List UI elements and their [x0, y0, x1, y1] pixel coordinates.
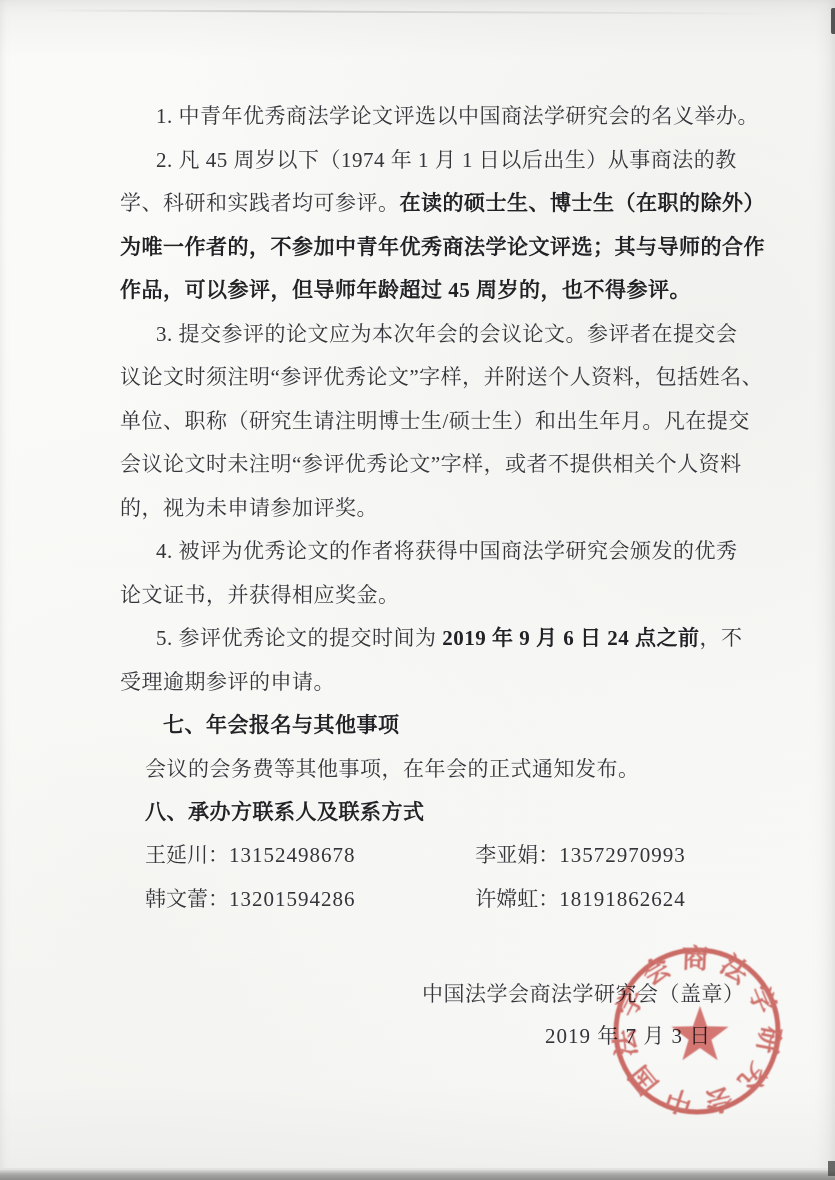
contact-phone: 18191862624	[559, 887, 686, 911]
text-segment: 学、科研和实践者均可参评。	[120, 191, 400, 215]
document-line: 单位、职称（研究生请注明博士生/硕士生）和出生年月。凡在提交	[120, 400, 795, 444]
contact-separator: ：	[538, 843, 559, 867]
contact-item: 王延川：13152498678	[145, 834, 470, 878]
scan-bottom-edge	[0, 1170, 835, 1180]
document-line: 3. 提交参评的论文应为本次年会的会议论文。参评者在提交会	[120, 313, 795, 357]
contact-item: 许嫦虹：18191862624	[475, 878, 686, 922]
text-segment: 的，视为未申请参加评奖。	[120, 496, 378, 520]
document-line: 会议论文时未注明“参评优秀论文”字样，或者不提供相关个人资料	[120, 443, 795, 487]
scan-edge-artifact	[828, 1161, 835, 1176]
contact-separator: ：	[208, 887, 229, 911]
contact-row: 王延川：13152498678 李亚娟：13572970993	[145, 834, 686, 878]
text-segment: 八、承办方联系人及联系方式	[145, 800, 425, 824]
scan-edge-artifact	[831, 8, 835, 34]
paper-crease	[38, 9, 800, 14]
scanned-page: 1. 中青年优秀商法学论文评选以中国商法学研究会的名义举办。2. 凡 45 周岁…	[0, 0, 835, 1180]
document-line: 的，视为未申请参加评奖。	[120, 487, 795, 531]
text-segment: 会议的会务费等其他事项，在年会的正式通知发布。	[145, 757, 640, 781]
text-segment: 2019 年 9 月 6 日 24 点之前	[442, 626, 699, 650]
contact-phone: 13201594286	[229, 887, 356, 911]
star-icon	[672, 1006, 729, 1060]
text-segment: ，不	[700, 626, 743, 650]
text-segment: 作品，可以参评，但导师年龄超过 45 周岁的，也不得参评。	[120, 278, 691, 302]
document-line: 2. 凡 45 周岁以下（1974 年 1 月 1 日以后出生）从事商法的教	[120, 139, 795, 183]
document-line: 作品，可以参评，但导师年龄超过 45 周岁的，也不得参评。	[120, 269, 795, 313]
text-segment: 受理逾期参评的申请。	[120, 670, 335, 694]
text-segment: 单位、职称（研究生请注明博士生/硕士生）和出生年月。凡在提交	[120, 409, 750, 433]
text-segment: 5. 参评优秀论文的提交时间为	[156, 626, 442, 650]
text-segment: 论文证书，并获得相应奖金。	[120, 583, 400, 607]
document-line: 会议的会务费等其他事项，在年会的正式通知发布。	[120, 748, 795, 792]
contact-row: 韩文蕾：13201594286 许嫦虹：18191862624	[145, 878, 686, 922]
text-segment: 议论文时须注明“参评优秀论文”字样，并附送个人资料，包括姓名、	[120, 365, 763, 389]
contact-separator: ：	[538, 887, 559, 911]
contact-name: 李亚娟	[475, 843, 538, 867]
text-segment: 七、年会报名与其他事项	[163, 713, 400, 737]
contacts-block: 王延川：13152498678 李亚娟：13572970993 韩文蕾：1320…	[145, 834, 686, 921]
document-line: 1. 中青年优秀商法学论文评选以中国商法学研究会的名义举办。	[120, 95, 795, 139]
text-segment: 2. 凡 45 周岁以下（1974 年 1 月 1 日以后出生）从事商法的教	[156, 148, 737, 172]
document-line: 受理逾期参评的申请。	[120, 661, 795, 705]
text-segment: 1. 中青年优秀商法学论文评选以中国商法学研究会的名义举办。	[156, 104, 759, 128]
contact-separator: ：	[208, 843, 229, 867]
contact-name: 韩文蕾	[145, 887, 208, 911]
contact-name: 王延川	[145, 843, 208, 867]
text-segment: 在读的硕士生、博士生（在职的除外）	[400, 191, 766, 215]
contact-phone: 13152498678	[229, 843, 356, 867]
text-segment: 3. 提交参评的论文应为本次年会的会议论文。参评者在提交会	[156, 322, 738, 346]
document-line: 学、科研和实践者均可参评。在读的硕士生、博士生（在职的除外）	[120, 182, 795, 226]
contact-item: 李亚娟：13572970993	[475, 834, 686, 878]
document-line: 八、承办方联系人及联系方式	[120, 791, 795, 835]
document-line: 5. 参评优秀论文的提交时间为 2019 年 9 月 6 日 24 点之前，不	[120, 617, 795, 661]
contact-item: 韩文蕾：13201594286	[145, 878, 470, 922]
official-seal: 中国法学会商法学研究会	[592, 926, 802, 1136]
text-segment: 会议论文时未注明“参评优秀论文”字样，或者不提供相关个人资料	[120, 452, 742, 476]
document-line: 论文证书，并获得相应奖金。	[120, 574, 795, 618]
text-segment: 为唯一作者的，不参加中青年优秀商法学论文评选；其与导师的合作	[120, 235, 765, 259]
document-line: 4. 被评为优秀论文的作者将获得中国商法学研究会颁发的优秀	[120, 530, 795, 574]
text-segment: 4. 被评为优秀论文的作者将获得中国商法学研究会颁发的优秀	[156, 539, 738, 563]
contact-phone: 13572970993	[559, 843, 686, 867]
document-line: 为唯一作者的，不参加中青年优秀商法学论文评选；其与导师的合作	[120, 226, 795, 270]
contact-name: 许嫦虹	[475, 887, 538, 911]
document-line: 议论文时须注明“参评优秀论文”字样，并附送个人资料，包括姓名、	[120, 356, 795, 400]
document-body: 1. 中青年优秀商法学论文评选以中国商法学研究会的名义举办。2. 凡 45 周岁…	[120, 95, 795, 835]
document-line: 七、年会报名与其他事项	[120, 704, 795, 748]
